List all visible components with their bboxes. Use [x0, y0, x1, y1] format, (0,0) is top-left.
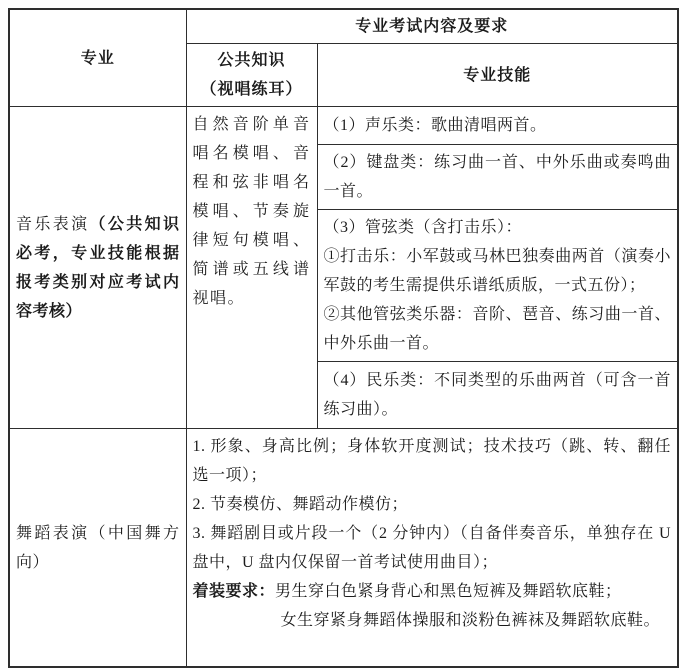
header-public-knowledge-cell: 公共知识 （视唱练耳） — [186, 44, 317, 107]
public-knowledge-label-line1: 公共知识 — [193, 46, 311, 75]
dance-dress-requirements: 着装要求：男生穿白色紧身背心和黑色短裤及舞蹈软底鞋； — [193, 577, 672, 606]
music-skill-vocal-cell: （1）声乐类：歌曲清唱两首。 — [317, 107, 678, 145]
dress-requirements-male: 男生穿白色紧身背心和黑色短裤及舞蹈软底鞋； — [275, 583, 622, 600]
exam-requirements-table: 专业 专业考试内容及要求 公共知识 （视唱练耳） 专业技能 音乐表演（公共知识必… — [8, 8, 679, 668]
music-major-name: 音乐表演 — [16, 216, 90, 233]
orchestra-other: ②其他管弦类乐器：音阶、琶音、练习曲一首、中外乐曲一首。 — [324, 300, 672, 358]
orchestra-title: （3）管弦类（含打击乐）： — [324, 213, 672, 242]
dress-requirements-female: 女生穿紧身舞蹈体操服和淡粉色裤袜及舞蹈软底鞋。 — [193, 606, 672, 635]
header-exam-content-cell: 专业考试内容及要求 — [186, 9, 678, 44]
dance-requirements-cell: 1. 形象、身高比例；身体软开度测试；技术技巧（跳、转、翻任选一项）； 2. 节… — [186, 429, 678, 668]
dance-item-3: 3. 舞蹈剧目或片段一个（2 分钟内）（自备伴奏音乐，单独存在 U 盘中，U 盘… — [193, 519, 672, 577]
music-row-vocal: 音乐表演（公共知识必考，专业技能根据报考类别对应考试内容考核） 自然音阶单音唱名… — [9, 107, 678, 145]
dance-item-2: 2. 节奏模仿、舞蹈动作模仿； — [193, 490, 672, 519]
header-skill-cell: 专业技能 — [317, 44, 678, 107]
dance-row: 舞蹈表演（中国舞方向） 1. 形象、身高比例；身体软开度测试；技术技巧（跳、转、… — [9, 429, 678, 668]
music-skill-folk-cell: （4）民乐类：不同类型的乐曲两首（可含一首练习曲）。 — [317, 362, 678, 429]
music-major-cell: 音乐表演（公共知识必考，专业技能根据报考类别对应考试内容考核） — [9, 107, 186, 429]
music-public-knowledge-cell: 自然音阶单音唱名模唱、音程和弦非唱名模唱、节奏旋律短句模唱、简谱或五线谱视唱。 — [186, 107, 317, 429]
music-skill-orchestra-cell: （3）管弦类（含打击乐）： ①打击乐：小军鼓或马林巴独奏曲两首（演奏小军鼓的考生… — [317, 210, 678, 362]
music-skill-keyboard-cell: （2）键盘类：练习曲一首、中外乐曲或奏鸣曲一首。 — [317, 145, 678, 210]
dance-item-1: 1. 形象、身高比例；身体软开度测试；技术技巧（跳、转、翻任选一项）； — [193, 432, 672, 490]
dress-requirements-label: 着装要求： — [193, 583, 276, 600]
header-major-cell: 专业 — [9, 9, 186, 107]
public-knowledge-label-line2: （视唱练耳） — [193, 75, 311, 104]
header-row-1: 专业 专业考试内容及要求 — [9, 9, 678, 44]
orchestra-percussion: ①打击乐：小军鼓或马林巴独奏曲两首（演奏小军鼓的考生需提供乐谱纸质版，一式五份）… — [324, 242, 672, 300]
dance-major-cell: 舞蹈表演（中国舞方向） — [9, 429, 186, 668]
